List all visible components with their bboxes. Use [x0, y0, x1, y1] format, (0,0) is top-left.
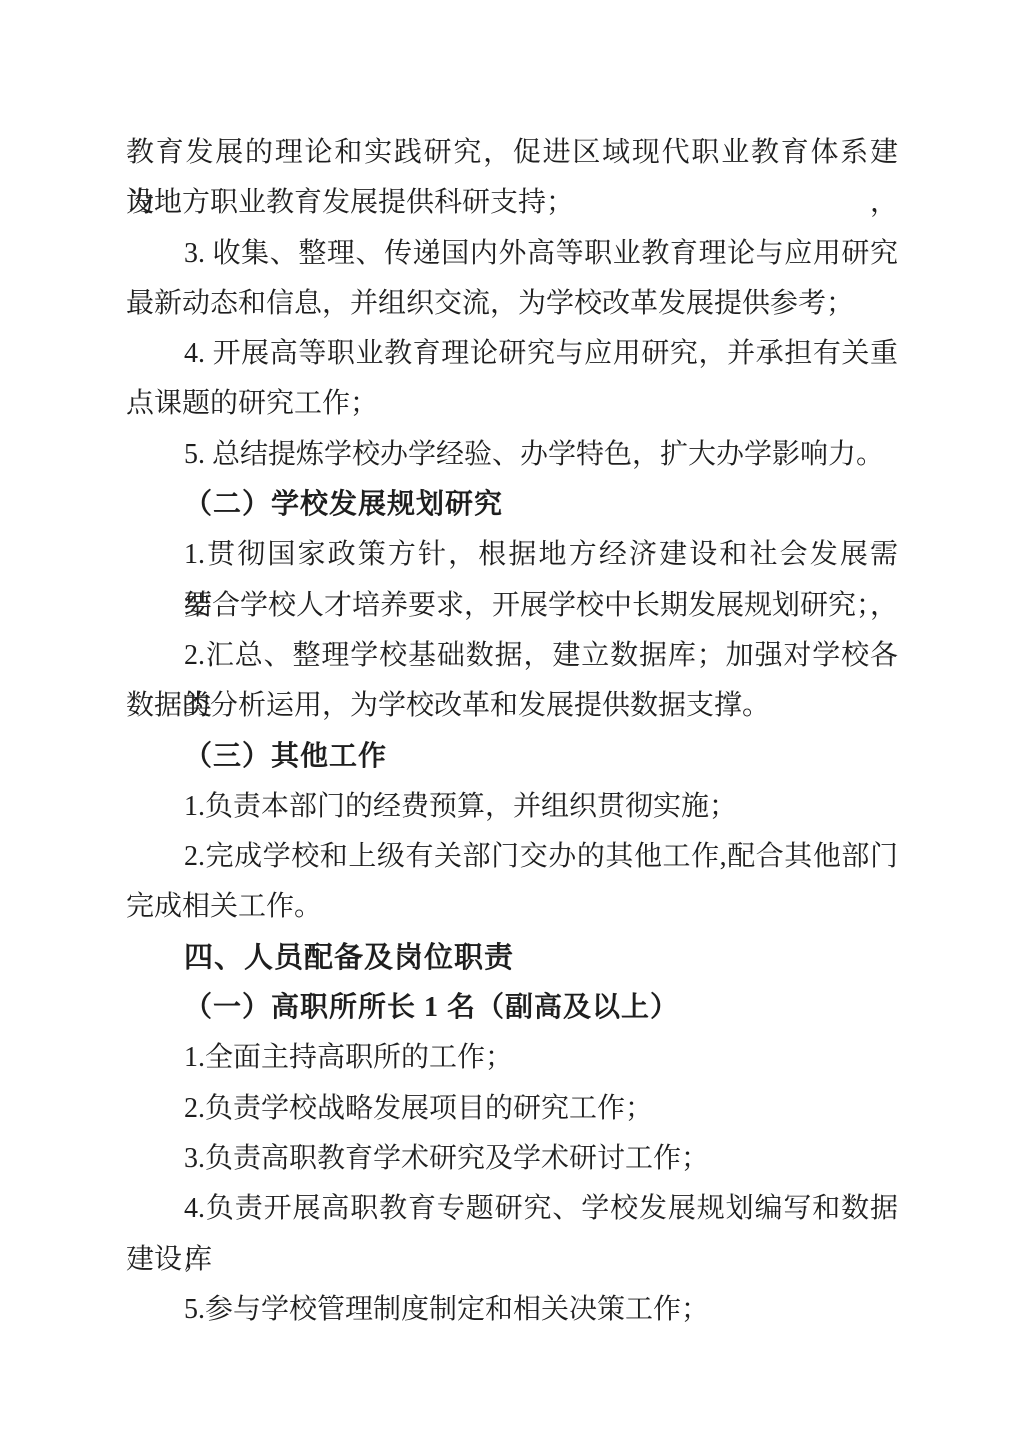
text-line-21: 3.负责高职教育学术研究及学术研讨工作；	[126, 1134, 898, 1184]
text-line-14: 1.负责本部门的经费预算，并组织贯彻实施；	[126, 782, 898, 832]
text-line-24: 5.参与学校管理制度制定和相关决策工作；	[126, 1285, 898, 1335]
text-line-3: 3. 收集、整理、传递国内外高等职业教育理论与应用研究	[126, 229, 898, 279]
text-line-20: 2.负责学校战略发展项目的研究工作；	[126, 1084, 898, 1134]
text-line-4: 最新动态和信息，并组织交流，为学校改革发展提供参考；	[126, 279, 898, 329]
text-line-16: 完成相关工作。	[126, 882, 898, 932]
text-line-7: 5. 总结提炼学校办学经验、办学特色，扩大办学影响力。	[126, 430, 898, 480]
text-line-22: 4.负责开展高职教育专题研究、学校发展规划编写和数据库	[126, 1184, 898, 1234]
text-line-15: 2.完成学校和上级有关部门交办的其他工作,配合其他部门	[126, 832, 898, 882]
text-line-9: 1.贯彻国家政策方针，根据地方经济建设和社会发展需要，	[126, 530, 898, 580]
text-line-19: 1.全面主持高职所的工作；	[126, 1033, 898, 1083]
text-line-18: （一）高职所所长 1 名（副高及以上）	[126, 983, 898, 1033]
text-line-23: 建设；	[126, 1235, 898, 1285]
text-line-6: 点课题的研究工作；	[126, 379, 898, 429]
text-line-13: （三）其他工作	[126, 732, 898, 782]
document-lines: 教育发展的理论和实践研究，促进区域现代职业教育体系建设，为地方职业教育发展提供科…	[126, 128, 898, 1335]
document-page: 教育发展的理论和实践研究，促进区域现代职业教育体系建设，为地方职业教育发展提供科…	[0, 0, 1024, 1448]
text-line-11: 2.汇总、整理学校基础数据，建立数据库；加强对学校各类	[126, 631, 898, 681]
text-line-17: 四、人员配备及岗位职责	[126, 933, 898, 983]
text-line-8: （二）学校发展规划研究	[126, 480, 898, 530]
text-line-10: 结合学校人才培养要求，开展学校中长期发展规划研究；	[126, 581, 898, 631]
text-line-12: 数据的分析运用，为学校改革和发展提供数据支撑。	[126, 681, 898, 731]
text-line-1: 教育发展的理论和实践研究，促进区域现代职业教育体系建设，	[126, 128, 898, 178]
text-line-5: 4. 开展高等职业教育理论研究与应用研究，并承担有关重	[126, 329, 898, 379]
